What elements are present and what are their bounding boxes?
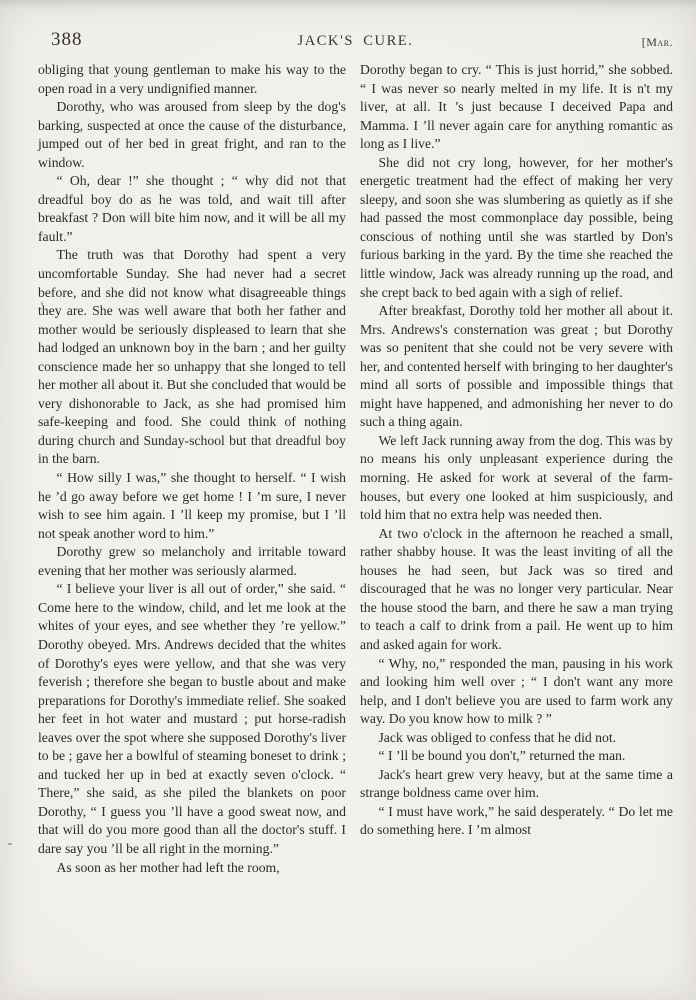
paragraph: Jack was obliged to confess that he did … — [360, 729, 673, 748]
paragraph: As soon as her mother had left the room, — [38, 859, 346, 878]
paragraph: Jack's heart grew very heavy, but at the… — [360, 766, 673, 803]
book-page: 388 JACK'S CURE. [Mar. obliging that you… — [0, 0, 696, 1000]
paragraph: Dorothy, who was aroused from sleep by t… — [38, 98, 346, 172]
paragraph: “ I believe your liver is all out of ord… — [38, 580, 346, 858]
page-header: 388 JACK'S CURE. [Mar. — [38, 29, 673, 55]
paragraph: The truth was that Dorothy had spent a v… — [38, 246, 346, 469]
text-columns: obliging that young gentleman to make hi… — [38, 61, 673, 1000]
paragraph: obliging that young gentleman to make hi… — [38, 61, 346, 98]
paragraph: “ I must have work,” he said desperately… — [360, 803, 673, 840]
scan-speck — [41, 302, 43, 305]
paragraph: Dorothy began to cry. “ This is just hor… — [360, 61, 673, 154]
paragraph: At two o'clock in the afternoon he reach… — [360, 525, 673, 655]
paragraph: We left Jack running away from the dog. … — [360, 432, 673, 525]
running-title: JACK'S CURE. — [38, 33, 673, 50]
paragraph: “ How silly I was,” she thought to herse… — [38, 469, 346, 543]
scan-speck — [8, 843, 12, 845]
paragraph: Dorothy grew so melancholy and irritable… — [38, 543, 346, 580]
paragraph: She did not cry long, however, for her m… — [360, 154, 673, 302]
paragraph: “ I ’ll be bound you don't,” returned th… — [360, 747, 673, 766]
paragraph: After breakfast, Dorothy told her mother… — [360, 302, 673, 432]
left-column: obliging that young gentleman to make hi… — [38, 61, 346, 1000]
paragraph: “ Why, no,” responded the man, pausing i… — [360, 655, 673, 729]
paragraph: “ Oh, dear !” she thought ; “ why did no… — [38, 172, 346, 246]
right-column: Dorothy began to cry. “ This is just hor… — [360, 61, 673, 1000]
issue-label: [Mar. — [642, 35, 673, 50]
